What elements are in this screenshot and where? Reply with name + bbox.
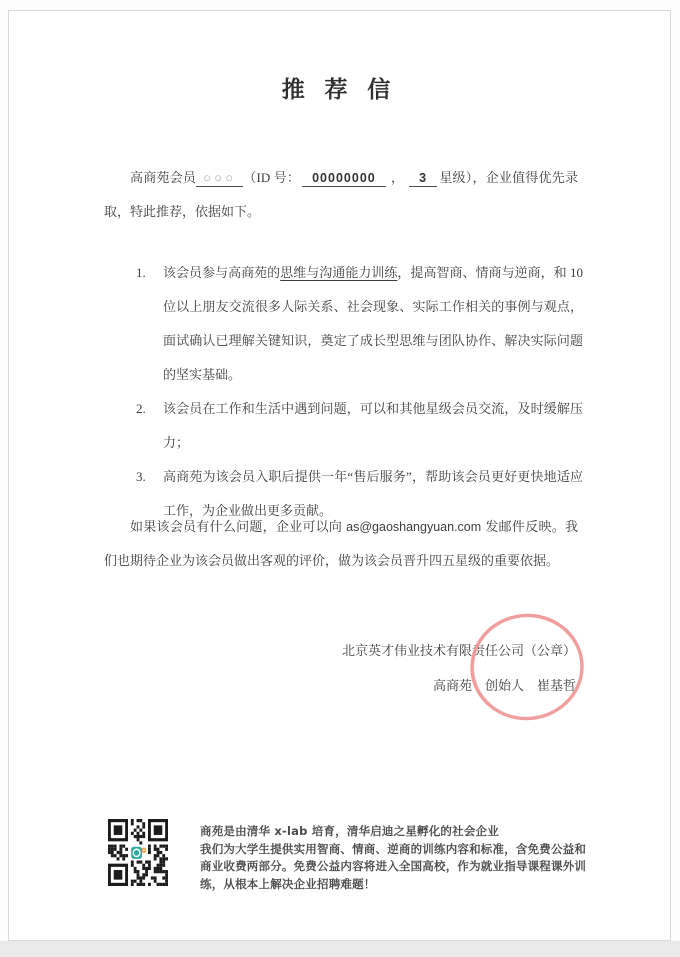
list-item: 2. 该会员在工作和生活中遇到问题，可以和其他星级会员交流，及时缓解压力；	[136, 392, 583, 460]
intro-prefix: 高商苑会员	[130, 170, 196, 185]
closing-paragraph: 如果该会员有什么问题，企业可以向as@gaoshangyuan.com发邮件反映…	[104, 510, 578, 577]
letter-title: 推 荐 信	[9, 71, 670, 104]
item-number: 1.	[136, 256, 163, 392]
contact-email: as@gaoshangyuan.com	[346, 520, 481, 534]
signature-block: 北京英才伟业技术有限责任公司（公章） 高商苑 创始人 崔基哲	[104, 633, 576, 703]
signer-line: 高商苑 创始人 崔基哲	[104, 668, 576, 703]
item-text: 该会员参与高商苑的思维与沟通能力训练，提高智商、情商与逆商，和 10 位以上朋友…	[163, 256, 583, 392]
closing-pre: 如果该会员有什么问题，企业可以向	[130, 519, 342, 534]
letter-page: 推 荐 信 高商苑会员○○○（ID 号：00000000，3星级），企业值得优先…	[8, 10, 671, 941]
company-line: 北京英才伟业技术有限责任公司（公章）	[104, 633, 576, 668]
item1-underlined-phrase: 思维与沟通能力训练	[280, 265, 397, 280]
qr-logo-dot-center	[143, 849, 145, 851]
qr-code	[108, 819, 168, 886]
list-item: 1. 该会员参与高商苑的思维与沟通能力训练，提高智商、情商与逆商，和 10 位以…	[136, 256, 583, 392]
viewer-background-strip	[0, 941, 680, 957]
footer-line: 练，从根本上解决企业招聘难题！	[200, 876, 600, 894]
footer-line: 商苑是由清华 x-lab 培育，清华启迪之星孵化的社会企业	[200, 823, 600, 841]
intro-separator: ，	[391, 170, 404, 185]
member-name-blank: ○○○	[196, 170, 243, 187]
item-number: 2.	[136, 392, 163, 460]
footer-line: 商业收费两部分。免费公益内容将进入全国高校，作为就业指导课程课外训	[200, 858, 600, 876]
footer-description: 商苑是由清华 x-lab 培育，清华启迪之星孵化的社会企业 我们为大学生提供实用…	[200, 823, 600, 893]
item1-pre: 该会员参与高商苑的	[163, 265, 280, 280]
reasons-list: 1. 该会员参与高商苑的思维与沟通能力训练，提高智商、情商与逆商，和 10 位以…	[136, 256, 583, 528]
id-label: （ID 号：	[243, 170, 300, 185]
item-text: 该会员在工作和生活中遇到问题，可以和其他星级会员交流，及时缓解压力；	[163, 392, 583, 460]
footer-line: 我们为大学生提供实用智商、情商、逆商的训练内容和标准，含免费公益和	[200, 841, 600, 859]
star-level-blank: 3	[409, 171, 437, 187]
id-number-blank: 00000000	[302, 171, 386, 187]
item1-post: ，提高智商、情商与逆商，和 10 位以上朋友交流很多人际关系、社会现象、实际工作…	[163, 265, 583, 382]
intro-paragraph: 高商苑会员○○○（ID 号：00000000，3星级），企业值得优先录取，特此推…	[104, 161, 578, 229]
